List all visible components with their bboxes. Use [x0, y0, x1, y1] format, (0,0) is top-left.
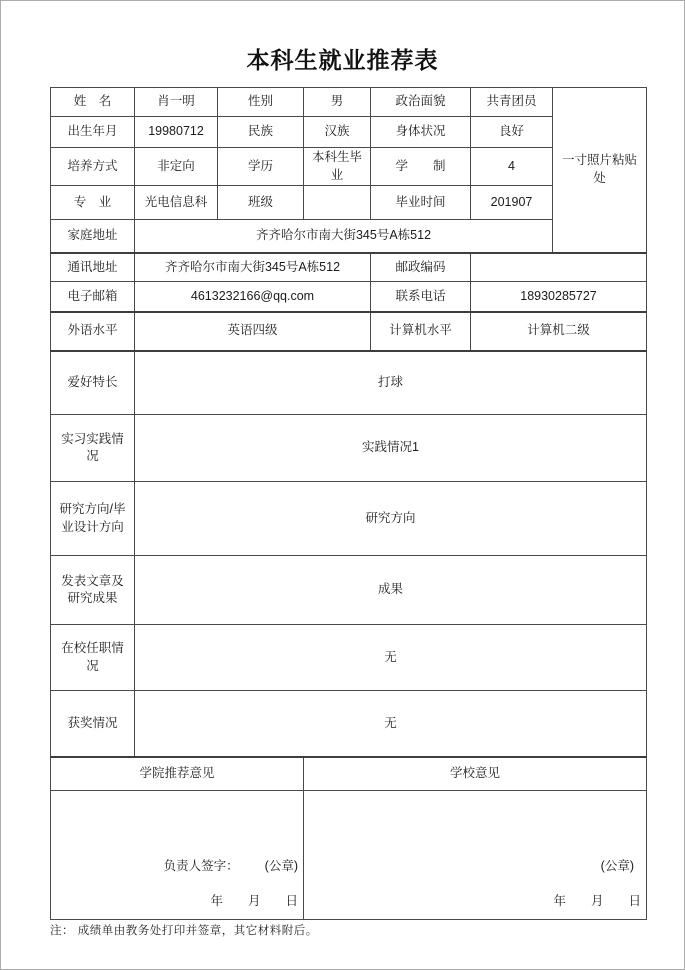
page-title: 本科生就业推荐表 — [1, 42, 684, 75]
row-practice: 实习实践情况 实践情况1 — [51, 415, 647, 482]
foreign-language-value: 英语四级 — [135, 312, 371, 351]
school-positions-value: 无 — [135, 625, 647, 691]
school-opinion-header: 学校意见 — [304, 757, 647, 791]
college-opinion-signature-cell: 负责人签字：(公章) 年 月 日 — [51, 791, 304, 920]
row-email: 电子邮箱 4613232166@qq.com 联系电话 18930285727 — [51, 282, 647, 312]
research-direction-value: 研究方向 — [135, 482, 647, 556]
research-direction-label: 研究方向/毕业设计方向 — [51, 482, 135, 556]
school-opinion-signature-cell: (公章) 年 月 日 — [304, 791, 647, 920]
health-value: 良好 — [471, 117, 553, 148]
ethnicity-value: 汉族 — [304, 117, 371, 148]
graduation-time-value: 201907 — [471, 186, 553, 220]
school-date-line: 年 月 日 — [304, 893, 641, 911]
row-publications: 发表文章及研究成果 成果 — [51, 556, 647, 625]
gender-value: 男 — [304, 88, 371, 117]
college-sign-line: 负责人签字：(公章) — [51, 858, 298, 876]
graduation-time-label: 毕业时间 — [371, 186, 471, 220]
awards-value: 无 — [135, 691, 647, 757]
major-label: 专 业 — [51, 186, 135, 220]
row-opinion-signatures: 负责人签字：(公章) 年 月 日 (公章) 年 月 日 — [51, 791, 647, 920]
college-seal-label: (公章) — [265, 859, 298, 873]
row-name: 姓 名 肖一明 性别 男 政治面貌 共青团员 一寸照片粘贴处 — [51, 88, 647, 117]
class-label: 班级 — [218, 186, 304, 220]
training-mode-label: 培养方式 — [51, 148, 135, 186]
row-language-level: 外语水平 英语四级 计算机水平 计算机二级 — [51, 312, 647, 351]
row-research: 研究方向/毕业设计方向 研究方向 — [51, 482, 647, 556]
footnote: 注： 成绩单由教务处打印并签章，其它材料附后。 — [50, 922, 318, 938]
postal-code-value — [471, 253, 647, 282]
publications-label: 发表文章及研究成果 — [51, 556, 135, 625]
row-opinion-headers: 学院推荐意见 学校意见 — [51, 757, 647, 791]
recommendation-form-table: 姓 名 肖一明 性别 男 政治面貌 共青团员 一寸照片粘贴处 出生年月 1998… — [50, 87, 647, 920]
school-positions-label: 在校任职情况 — [51, 625, 135, 691]
email-value: 4613232166@qq.com — [135, 282, 371, 312]
class-value — [304, 186, 371, 220]
row-hobby: 爱好特长 打球 — [51, 351, 647, 415]
home-address-label: 家庭地址 — [51, 220, 135, 253]
birth-date-value: 19980712 — [135, 117, 218, 148]
row-mailing-address: 通讯地址 齐齐哈尔市南大街345号A栋512 邮政编码 — [51, 253, 647, 282]
responsible-signature-label: 负责人签字： — [164, 859, 239, 873]
ethnicity-label: 民族 — [218, 117, 304, 148]
phone-value: 18930285727 — [471, 282, 647, 312]
computer-level-label: 计算机水平 — [371, 312, 471, 351]
schooling-length-label: 学 制 — [371, 148, 471, 186]
major-value: 光电信息科 — [135, 186, 218, 220]
schooling-length-value: 4 — [471, 148, 553, 186]
political-status-value: 共青团员 — [471, 88, 553, 117]
health-label: 身体状况 — [371, 117, 471, 148]
practice-label: 实习实践情况 — [51, 415, 135, 482]
awards-label: 获奖情况 — [51, 691, 135, 757]
computer-level-value: 计算机二级 — [471, 312, 647, 351]
practice-value: 实践情况1 — [135, 415, 647, 482]
education-label: 学历 — [218, 148, 304, 186]
postal-code-label: 邮政编码 — [371, 253, 471, 282]
training-mode-value: 非定向 — [135, 148, 218, 186]
school-sign-line: (公章) — [304, 858, 641, 876]
hobby-label: 爱好特长 — [51, 351, 135, 415]
mailing-address-label: 通讯地址 — [51, 253, 135, 282]
birth-date-label: 出生年月 — [51, 117, 135, 148]
education-value: 本科生毕业 — [304, 148, 371, 186]
political-status-label: 政治面貌 — [371, 88, 471, 117]
home-address-value: 齐齐哈尔市南大街345号A栋512 — [135, 220, 553, 253]
mailing-address-value: 齐齐哈尔市南大街345号A栋512 — [135, 253, 371, 282]
row-awards: 获奖情况 无 — [51, 691, 647, 757]
row-school-positions: 在校任职情况 无 — [51, 625, 647, 691]
school-seal-label: (公章) — [601, 858, 634, 876]
foreign-language-label: 外语水平 — [51, 312, 135, 351]
college-date-line: 年 月 日 — [51, 893, 298, 911]
hobby-value: 打球 — [135, 351, 647, 415]
name-label: 姓 名 — [51, 88, 135, 117]
name-value: 肖一明 — [135, 88, 218, 117]
phone-label: 联系电话 — [371, 282, 471, 312]
gender-label: 性别 — [218, 88, 304, 117]
email-label: 电子邮箱 — [51, 282, 135, 312]
photo-paste-area: 一寸照片粘贴处 — [553, 88, 647, 253]
publications-value: 成果 — [135, 556, 647, 625]
document-page: 本科生就业推荐表 姓 名 肖一明 性别 男 政治面貌 共青团员 一寸照片粘贴处 … — [0, 0, 685, 970]
college-opinion-header: 学院推荐意见 — [51, 757, 304, 791]
